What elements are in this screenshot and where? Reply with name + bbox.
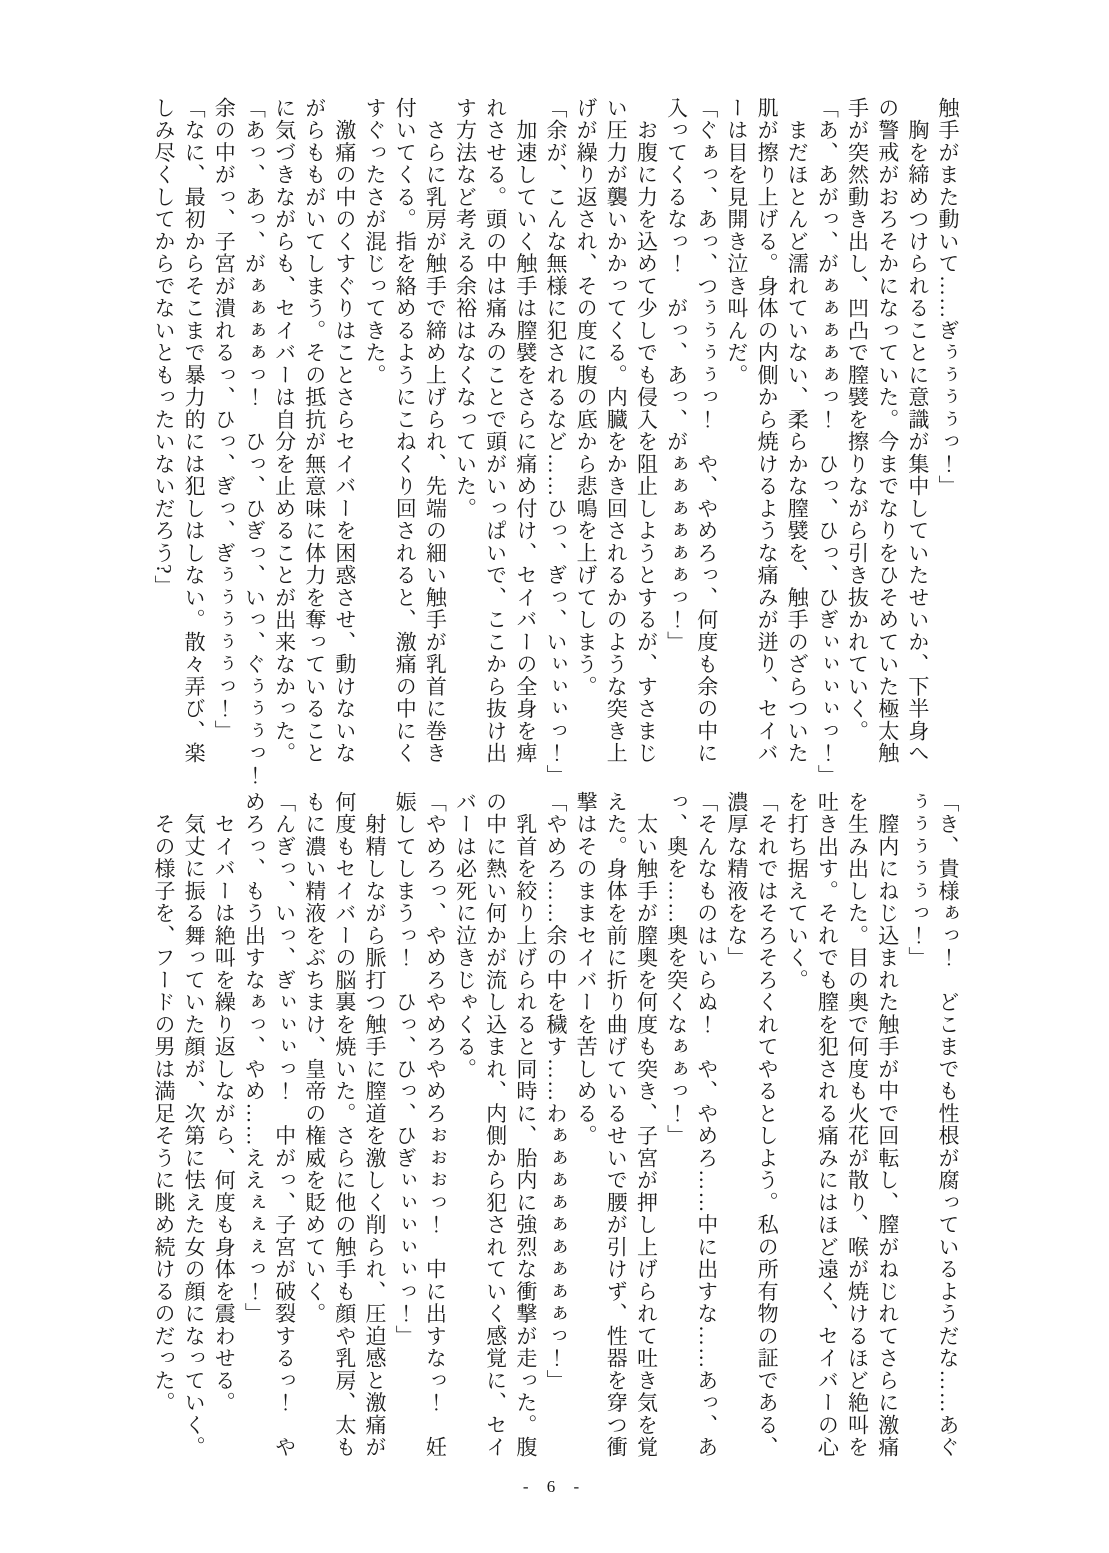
text-line: 濃厚な精液をな」	[722, 791, 752, 1463]
text-line: に気づきながらも、セイバーは自分を止めることが出来なかった。	[269, 97, 299, 769]
text-line: 気丈に振る舞っていた顔が、次第に怯えた女の顔になっていく。	[179, 791, 209, 1463]
text-line: 肌が擦り上げる。身体の内側から焼けるような痛みが迸り、セイバ	[752, 97, 782, 769]
text-line: 吐き出す。それでも膣を犯される痛みにはほど遠く、セイバーの心	[812, 791, 842, 1463]
text-line: 「余が、こんな無様に犯されるなど……ひっ、ぎっ、いぃぃぃっ！」	[541, 97, 571, 769]
text-line: 娠してしまうっ！ ひっ、ひっ、ひぎぃぃぃぃぃっ！」	[390, 791, 420, 1463]
text-line: まだほとんど濡れていない、柔らかな膣襞を、触手のざらついた	[782, 97, 812, 769]
text-line: 太い触手が膣奥を何度も突き、子宮が押し上げられて吐き気を覚	[631, 791, 661, 1463]
text-line: めろっ、もう出すなぁっ、やめ……ええぇぇぇっ！」	[239, 791, 269, 1463]
text-line: 加速していく触手は膣襞をさらに痛め付け、セイバーの全身を痺	[511, 97, 541, 769]
text-line: を打ち据えていく。	[782, 791, 812, 1463]
text-line: 手が突然動き出し、凹凸で膣襞を擦りながら引き抜かれていく。	[842, 97, 872, 769]
text-line: 膣内にねじ込まれた触手が中で回転し、膣がねじれてさらに激痛	[873, 791, 903, 1463]
text-line: い圧力が襲いかかってくる。内臓をかき回されるかのような突き上	[601, 97, 631, 769]
text-line: げが繰り返され、その度に腹の底から悲鳴を上げてしまう。	[571, 97, 601, 769]
text-line: を生み出した。目の奥で何度も火花が散り、喉が焼けるほど絶叫を	[842, 791, 872, 1463]
text-line: の警戒がおろそかになっていた。今までなりをひそめていた極太触	[873, 97, 903, 769]
text-line: 「ぐぁっ、あっ、つぅぅぅぅっ！ や、やめろっ、何度も余の中に	[692, 97, 722, 769]
text-line: さらに乳房が触手で締め上げられ、先端の細い触手が乳首に巻き	[420, 97, 450, 769]
vertical-text-block: 触手がまた動いて……ぎぅぅぅぅっ！」 胸を締めつけられることに意識が集中していた…	[147, 97, 963, 769]
text-line: 射精しながら脈打つ触手に膣道を激しく削られ、圧迫感と激痛が	[360, 791, 390, 1463]
text-line: お腹に力を込めて少しでも侵入を阻止しようとするが、すさまじ	[631, 97, 661, 769]
text-line: がらももがいてしまう。その抵抗が無意味に体力を奪っていること	[300, 97, 330, 769]
text-line: す方法など考える余裕はなくなっていた。	[450, 97, 480, 769]
text-line: 「なに、最初からそこまで暴力的には犯しはしない。散々弄び、楽	[179, 97, 209, 769]
text-line: 胸を締めつけられることに意識が集中していたせいか、下半身へ	[903, 97, 933, 769]
text-line: 「んぎっ、いっ、ぎぃぃぃっ！ 中がっ、子宮が破裂するっ！ や	[269, 791, 299, 1463]
text-line: 付いてくる。指を絡めるようにこねくり回されると、激痛の中にく	[390, 97, 420, 769]
text-line: 「そんなものはいらぬ！ や、やめろ……中に出すな……あっ、あ	[692, 791, 722, 1463]
vertical-text-block: 「き、貴様ぁっ！ どこまでも性根が腐っているようだな……あぐぅぅぅぅぅっ！」 膣…	[147, 791, 963, 1463]
text-line: すぐったさが混じってきた。	[360, 97, 390, 769]
text-line: えた。身体を前に折り曲げているせいで腰が引けず、性器を穿つ衝	[601, 791, 631, 1463]
page-number: - 6 -	[0, 1477, 1109, 1497]
text-line: ぅぅぅぅぅっ！」	[903, 791, 933, 1463]
text-line: 乳首を絞り上げられると同時に、胎内に強烈な衝撃が走った。腹	[511, 791, 541, 1463]
text-line: その様子を、フードの男は満足そうに眺め続けるのだった。	[149, 791, 179, 1463]
text-line: 余の中がっ、子宮が潰れるっ、ひっ、ぎっ、ぎぅぅぅぅぅっ！」	[209, 97, 239, 769]
text-line: の中に熱い何かが流し込まれ、内側から犯されていく感覚に、セイ	[481, 791, 511, 1463]
text-line: 何度もセイバーの脳裏を焼いた。さらに他の触手も顔や乳房、太も	[330, 791, 360, 1463]
text-area: 触手がまた動いて……ぎぅぅぅぅっ！」 胸を締めつけられることに意識が集中していた…	[147, 97, 963, 1463]
text-line: 「あ、あがっ、がぁぁぁぁぁっ！ ひっ、ひっ、ひぎぃぃぃぃっ！」	[812, 97, 842, 769]
text-line: しみ尽くしてからでないともったいないだろう?」	[149, 97, 179, 769]
text-line: もに濃い精液をぶちまけ、皇帝の権威を貶めていく。	[300, 791, 330, 1463]
text-line: 「あっ、あっ、がぁぁぁぁっ！ ひっ、ひぎっ、いっ、ぐぅぅぅっ！	[239, 97, 269, 769]
text-line: 撃はそのままセイバーを苦しめる。	[571, 791, 601, 1463]
text-line: バーは必死に泣きじゃくる。	[450, 791, 480, 1463]
text-line: 「き、貴様ぁっ！ どこまでも性根が腐っているようだな……あぐ	[933, 791, 963, 1463]
text-line: 「それではそろそろくれてやるとしよう。私の所有物の証である、	[752, 791, 782, 1463]
text-line: 激痛の中のくすぐりはことさらセイバーを困惑させ、動けないな	[330, 97, 360, 769]
text-line: ーは目を見開き泣き叫んだ。	[722, 97, 752, 769]
text-line: っ、奥を……奥を突くなぁぁっ！」	[661, 791, 691, 1463]
text-line: セイバーは絶叫を繰り返しながら、何度も身体を震わせる。	[209, 791, 239, 1463]
text-line: 触手がまた動いて……ぎぅぅぅぅっ！」	[933, 97, 963, 769]
text-line: れさせる。頭の中は痛みのことで頭がいっぱいで、ここから抜け出	[481, 97, 511, 769]
text-line: 「やめろっ、やめろやめろやめろぉぉぉっ！ 中に出すなっ！ 妊	[420, 791, 450, 1463]
document-page: 触手がまた動いて……ぎぅぅぅぅっ！」 胸を締めつけられることに意識が集中していた…	[0, 0, 1109, 1553]
text-line: 入ってくるなっ！ がっ、あっ、がぁぁぁぁぁぁっ！」	[661, 97, 691, 769]
text-line: 「やめろ……余の中を穢す……わぁぁぁぁぁぁぁぁぁっ！」	[541, 791, 571, 1463]
